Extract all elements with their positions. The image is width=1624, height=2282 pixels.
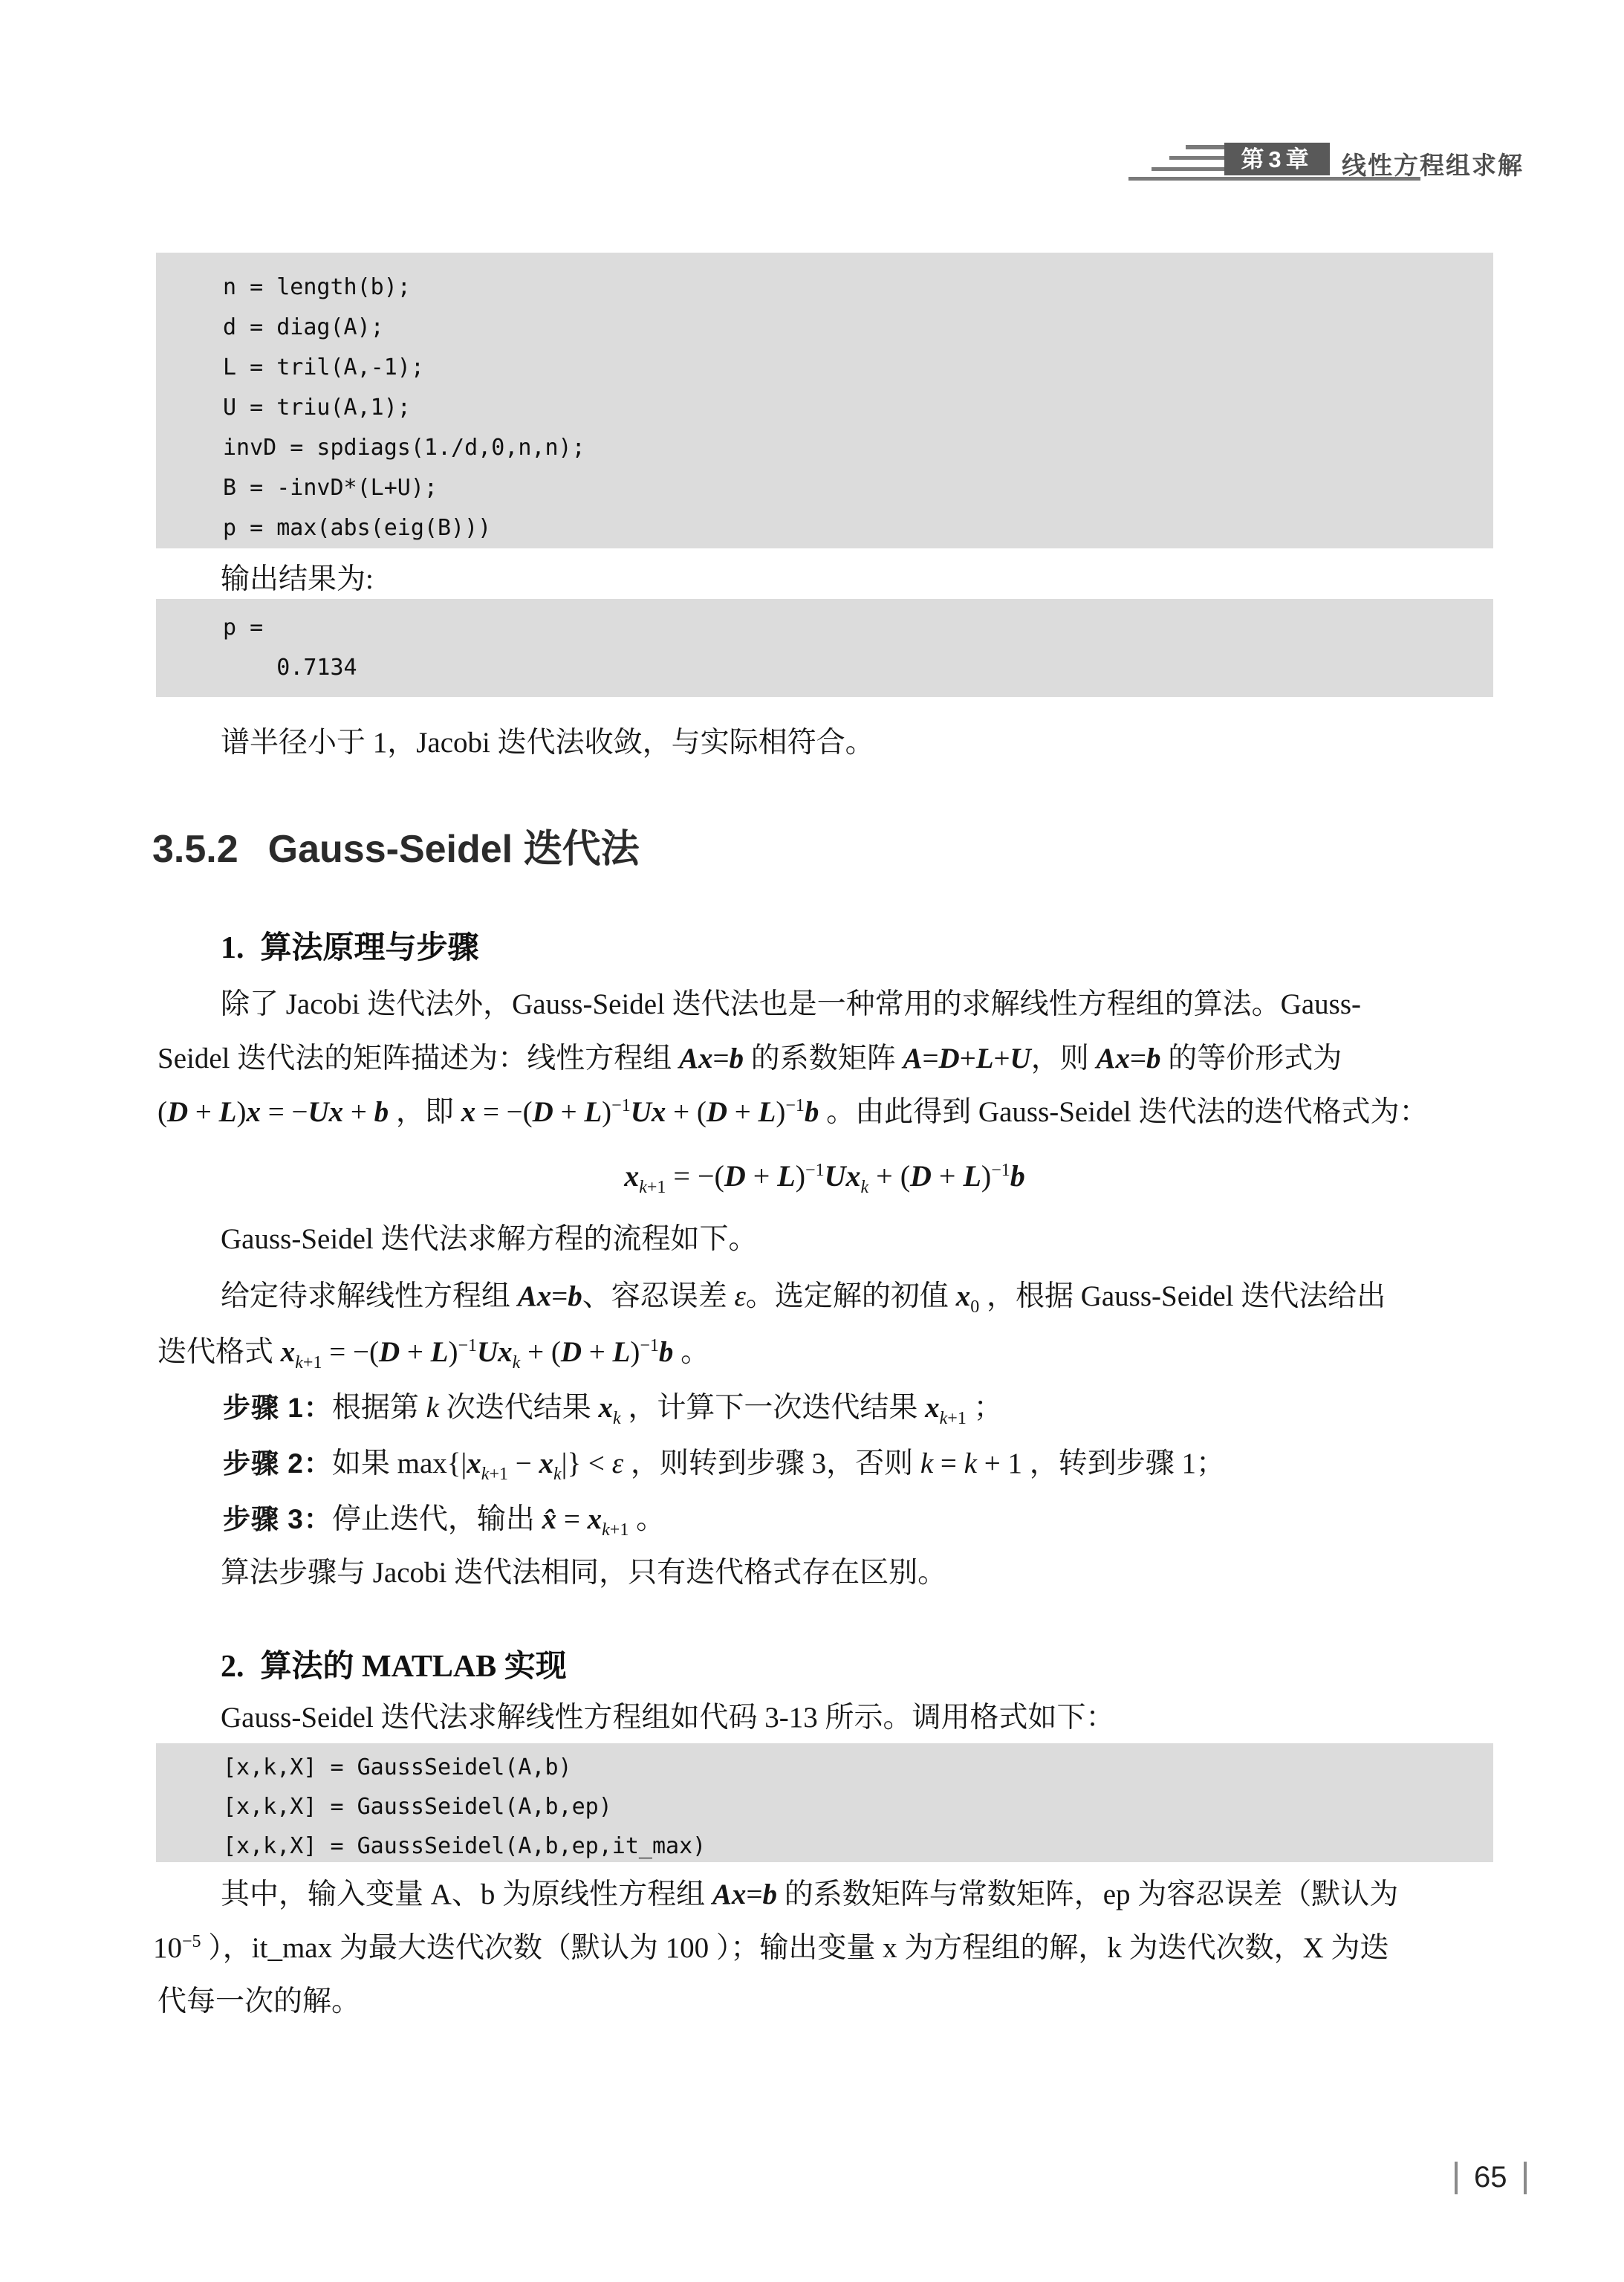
spectral-note: 谱半径小于 1，Jacobi 迭代法收敛，与实际相符合。: [221, 722, 874, 764]
given-line-2: 迭代格式 xk+1 = −(D + L)−1Uxk + (D + L)−1b 。: [157, 1332, 709, 1373]
step-2: 步骤 2：如果 max{|xk+1 − xk|} < ε ，则转到步骤 3，否则…: [223, 1443, 1225, 1485]
step-1: 步骤 1：根据第 k 次迭代结果 xk ，计算下一次迭代结果 xk+1 ；: [223, 1387, 1003, 1429]
step-1-text: 根据第 k 次迭代结果 xk ，计算下一次迭代结果 xk+1 ；: [332, 1392, 1003, 1424]
usage-paragraph-line-1: 其中，输入变量 A、b 为原线性方程组 Ax=b 的系数矩阵与常数矩阵，ep 为…: [221, 1874, 1398, 1916]
page-number: 65: [1474, 2161, 1507, 2194]
subsection-1-number: 1.: [221, 931, 244, 965]
code-block-gauss-seidel-calls: [x,k,X] = GaussSeidel(A,b) [x,k,X] = Gau…: [156, 1743, 1493, 1862]
code-text-gauss-seidel-calls: [x,k,X] = GaussSeidel(A,b) [x,k,X] = Gau…: [156, 1743, 1493, 1866]
header-decoration-line-1: [1186, 145, 1224, 149]
subsection-1-title: 算法原理与步骤: [261, 931, 479, 965]
step-2-text: 如果 max{|xk+1 − xk|} < ε ，则转到步骤 3，否则 k = …: [332, 1448, 1225, 1479]
subsection-2-heading: 2.算法的 MATLAB 实现: [221, 1641, 567, 1686]
book-page: 第3章 线性方程组求解 n = length(b); d = diag(A); …: [0, 0, 1624, 2282]
step-2-label: 步骤 2：: [223, 1448, 332, 1479]
code-text-spectral-radius: n = length(b); d = diag(A); L = tril(A,-…: [156, 253, 1493, 548]
output-text: p = 0.7134: [156, 599, 1493, 688]
subsection-2-number: 2.: [221, 1650, 244, 1684]
step-3: 步骤 3：停止迭代，输出 x̂ = xk+1 。: [223, 1499, 665, 1540]
given-line-1: 给定待求解线性方程组 Ax=b、容忍误差 ε。选定解的初值 x0 ，根据 Gau…: [221, 1276, 1386, 1317]
subsection-1-heading: 1.算法原理与步骤: [221, 923, 479, 967]
usage-paragraph-line-2: 10−5 ），it_max 为最大迭代次数（默认为 100 ）；输出变量 x 为…: [153, 1928, 1389, 1969]
chapter-title: 线性方程组求解: [1342, 146, 1524, 181]
step-3-label: 步骤 3：: [223, 1504, 332, 1534]
intro-paragraph-line-1: 除了 Jacobi 迭代法外，Gauss-Seidel 迭代法也是一种常用的求解…: [221, 984, 1361, 1025]
step-1-label: 步骤 1：: [223, 1393, 332, 1423]
usage-paragraph-line-3: 代每一次的解。: [157, 1981, 360, 2023]
section-number: 3.5.2: [152, 828, 238, 871]
output-intro-label: 输出结果为:: [221, 559, 374, 600]
iteration-equation: xk+1 = −(D + L)−1Uxk + (D + L)−1b: [156, 1155, 1493, 1197]
header-decoration-line-3: [1152, 167, 1224, 171]
section-title: Gauss-Seidel 迭代法: [268, 828, 640, 871]
intro-paragraph-line-3: (D + L)x = −Ux + b ，即 x = −(D + L)−1Ux +…: [157, 1092, 1428, 1133]
page-number-footer: 65: [1455, 2161, 1527, 2194]
step-3-text: 停止迭代，输出 x̂ = xk+1 。: [332, 1503, 665, 1535]
intro-paragraph-line-2: Seidel 迭代法的矩阵描述为：线性方程组 Ax=b 的系数矩阵 A=D+L+…: [157, 1038, 1342, 1080]
page-number-left-bar: [1455, 2162, 1458, 2194]
page-number-right-bar: [1524, 2162, 1527, 2194]
call-format-note: Gauss-Seidel 迭代法求解线性方程组如代码 3-13 所示。调用格式如…: [221, 1697, 1115, 1739]
subsection-2-title: 算法的 MATLAB 实现: [261, 1650, 567, 1684]
steps-note: 算法步骤与 Jacobi 迭代法相同，只有迭代格式存在区别。: [221, 1552, 946, 1594]
chapter-badge: 第3章: [1224, 143, 1330, 175]
code-block-spectral-radius: n = length(b); d = diag(A); L = tril(A,-…: [156, 253, 1493, 548]
output-block: p = 0.7134: [156, 599, 1493, 697]
section-heading: 3.5.2Gauss-Seidel 迭代法: [152, 817, 640, 873]
header-decoration-line-2: [1169, 156, 1224, 160]
flow-note: Gauss-Seidel 迭代法求解方程的流程如下。: [221, 1219, 758, 1260]
